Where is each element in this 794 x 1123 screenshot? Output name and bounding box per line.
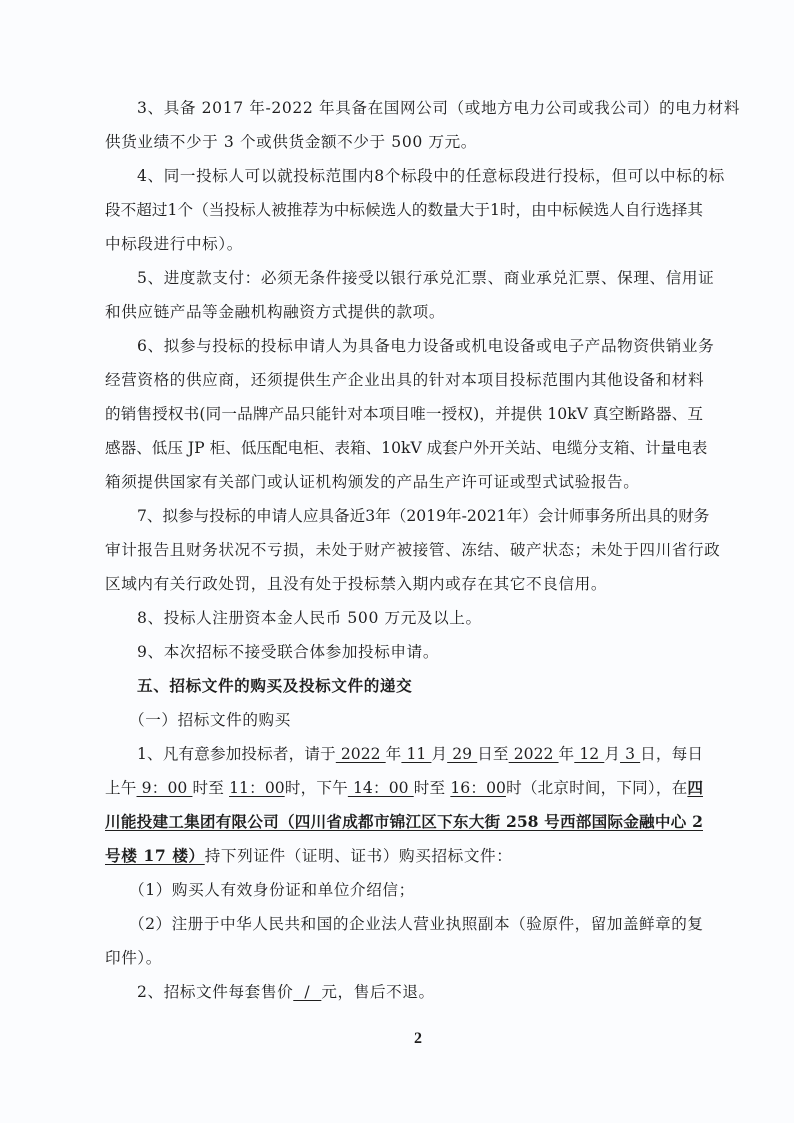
end-year: 2022	[509, 745, 559, 763]
am-start-time: 9：00	[137, 779, 193, 797]
start-day: 29	[447, 745, 477, 763]
start-month: 11	[401, 745, 431, 763]
paragraph-line: 9、本次招标不接受联合体参加投标申请。	[105, 640, 703, 664]
subsection-heading: （一）招标文件的购买	[105, 708, 695, 732]
paragraph-line: 供货业绩不少于 3 个或供货金额不少于 500 万元。	[105, 130, 703, 154]
pm-end-time: 16：00	[450, 779, 506, 797]
paragraph-line: 箱须提供国家有关部门或认证机构颁发的产品生产许可证或型式试验报告。	[105, 470, 703, 494]
paragraph-line: 8、投标人注册资本金人民币 500 万元及以上。	[105, 606, 703, 630]
paragraph-line: 审计报告且财务状况不亏损，未处于财产被接管、冻结、破产状态；未处于四川省行政	[105, 538, 703, 562]
paragraph-line: 4、同一投标人可以就投标范围内8个标段中的任意标段进行投标，但可以中标的标	[105, 164, 703, 188]
purchase-time-line: 上午 9：00 时至 11：00时，下午 14：00 时至 16：00时（北京时…	[105, 776, 703, 800]
paragraph-line: 中标段进行中标）。	[105, 232, 703, 256]
paragraph-line: 感器、低压 JP 柜、低压配电柜、表箱、10kV 成套户外开关站、电缆分支箱、计…	[105, 436, 703, 460]
paragraph-line: 段不超过1个（当投标人被推荐为中标候选人的数量大于1时，由中标候选人自行选择其	[105, 198, 703, 222]
section-heading: 五、招标文件的购买及投标文件的递交	[105, 674, 703, 698]
required-document-1: （1）购买人有效身份证和单位介绍信；	[105, 878, 695, 902]
paragraph-line: 5、进度款支付：必须无条件接受以银行承兑汇票、商业承兑汇票、保理、信用证	[105, 266, 703, 290]
paragraph-line: 7、拟参与投标的申请人应具备近3年（2019年-2021年）会计师事务所出具的财…	[105, 504, 703, 528]
paragraph-line: 的销售授权书(同一品牌产品只能针对本项目唯一授权)，并提供 10kV 真空断路器…	[105, 402, 703, 426]
purchase-location: 川能投建工集团有限公司（四川省成都市锦江区下东大街 258 号西部国际金融中心 …	[105, 810, 703, 834]
price-value: /	[293, 983, 321, 1001]
purchase-location-line: 号楼 17 楼）持下列证件（证明、证书）购买招标文件：	[105, 844, 703, 868]
paragraph-line: 3、具备 2017 年-2022 年具备在国网公司（或地方电力公司或我公司）的电…	[105, 96, 703, 120]
end-month: 12	[574, 745, 604, 763]
required-document-2-cont: 印件）。	[105, 946, 703, 970]
purchase-location: 号楼 17 楼）	[105, 846, 205, 865]
price-line: 2、招标文件每套售价 / 元，售后不退。	[105, 980, 703, 1004]
start-year: 2022	[336, 745, 386, 763]
required-document-2: （2）注册于中华人民共和国的企业法人营业执照副本（验原件，留加盖鲜章的复	[105, 912, 703, 936]
paragraph-line: 经营资格的供应商，还须提供生产企业出具的针对本项目投标范围内其他设备和材料	[105, 368, 703, 392]
end-day: 3	[620, 745, 640, 763]
paragraph-line: 6、拟参与投标的投标申请人为具备电力设备或机电设备或电子产品物资供销业务	[105, 334, 703, 358]
purchase-location: 四	[687, 778, 703, 797]
am-end-time: 11：00	[229, 779, 285, 797]
paragraph-line: 和供应链产品等金融机构融资方式提供的款项。	[105, 300, 703, 324]
pm-start-time: 14：00	[348, 779, 414, 797]
purchase-period-line: 1、凡有意参加投标者，请于 2022 年 11 月 29 日至 2022 年 1…	[105, 742, 703, 766]
paragraph-line: 区域内有关行政处罚，且没有处于投标禁入期内或存在其它不良信用。	[105, 572, 703, 596]
page-number: 2	[414, 1030, 422, 1048]
